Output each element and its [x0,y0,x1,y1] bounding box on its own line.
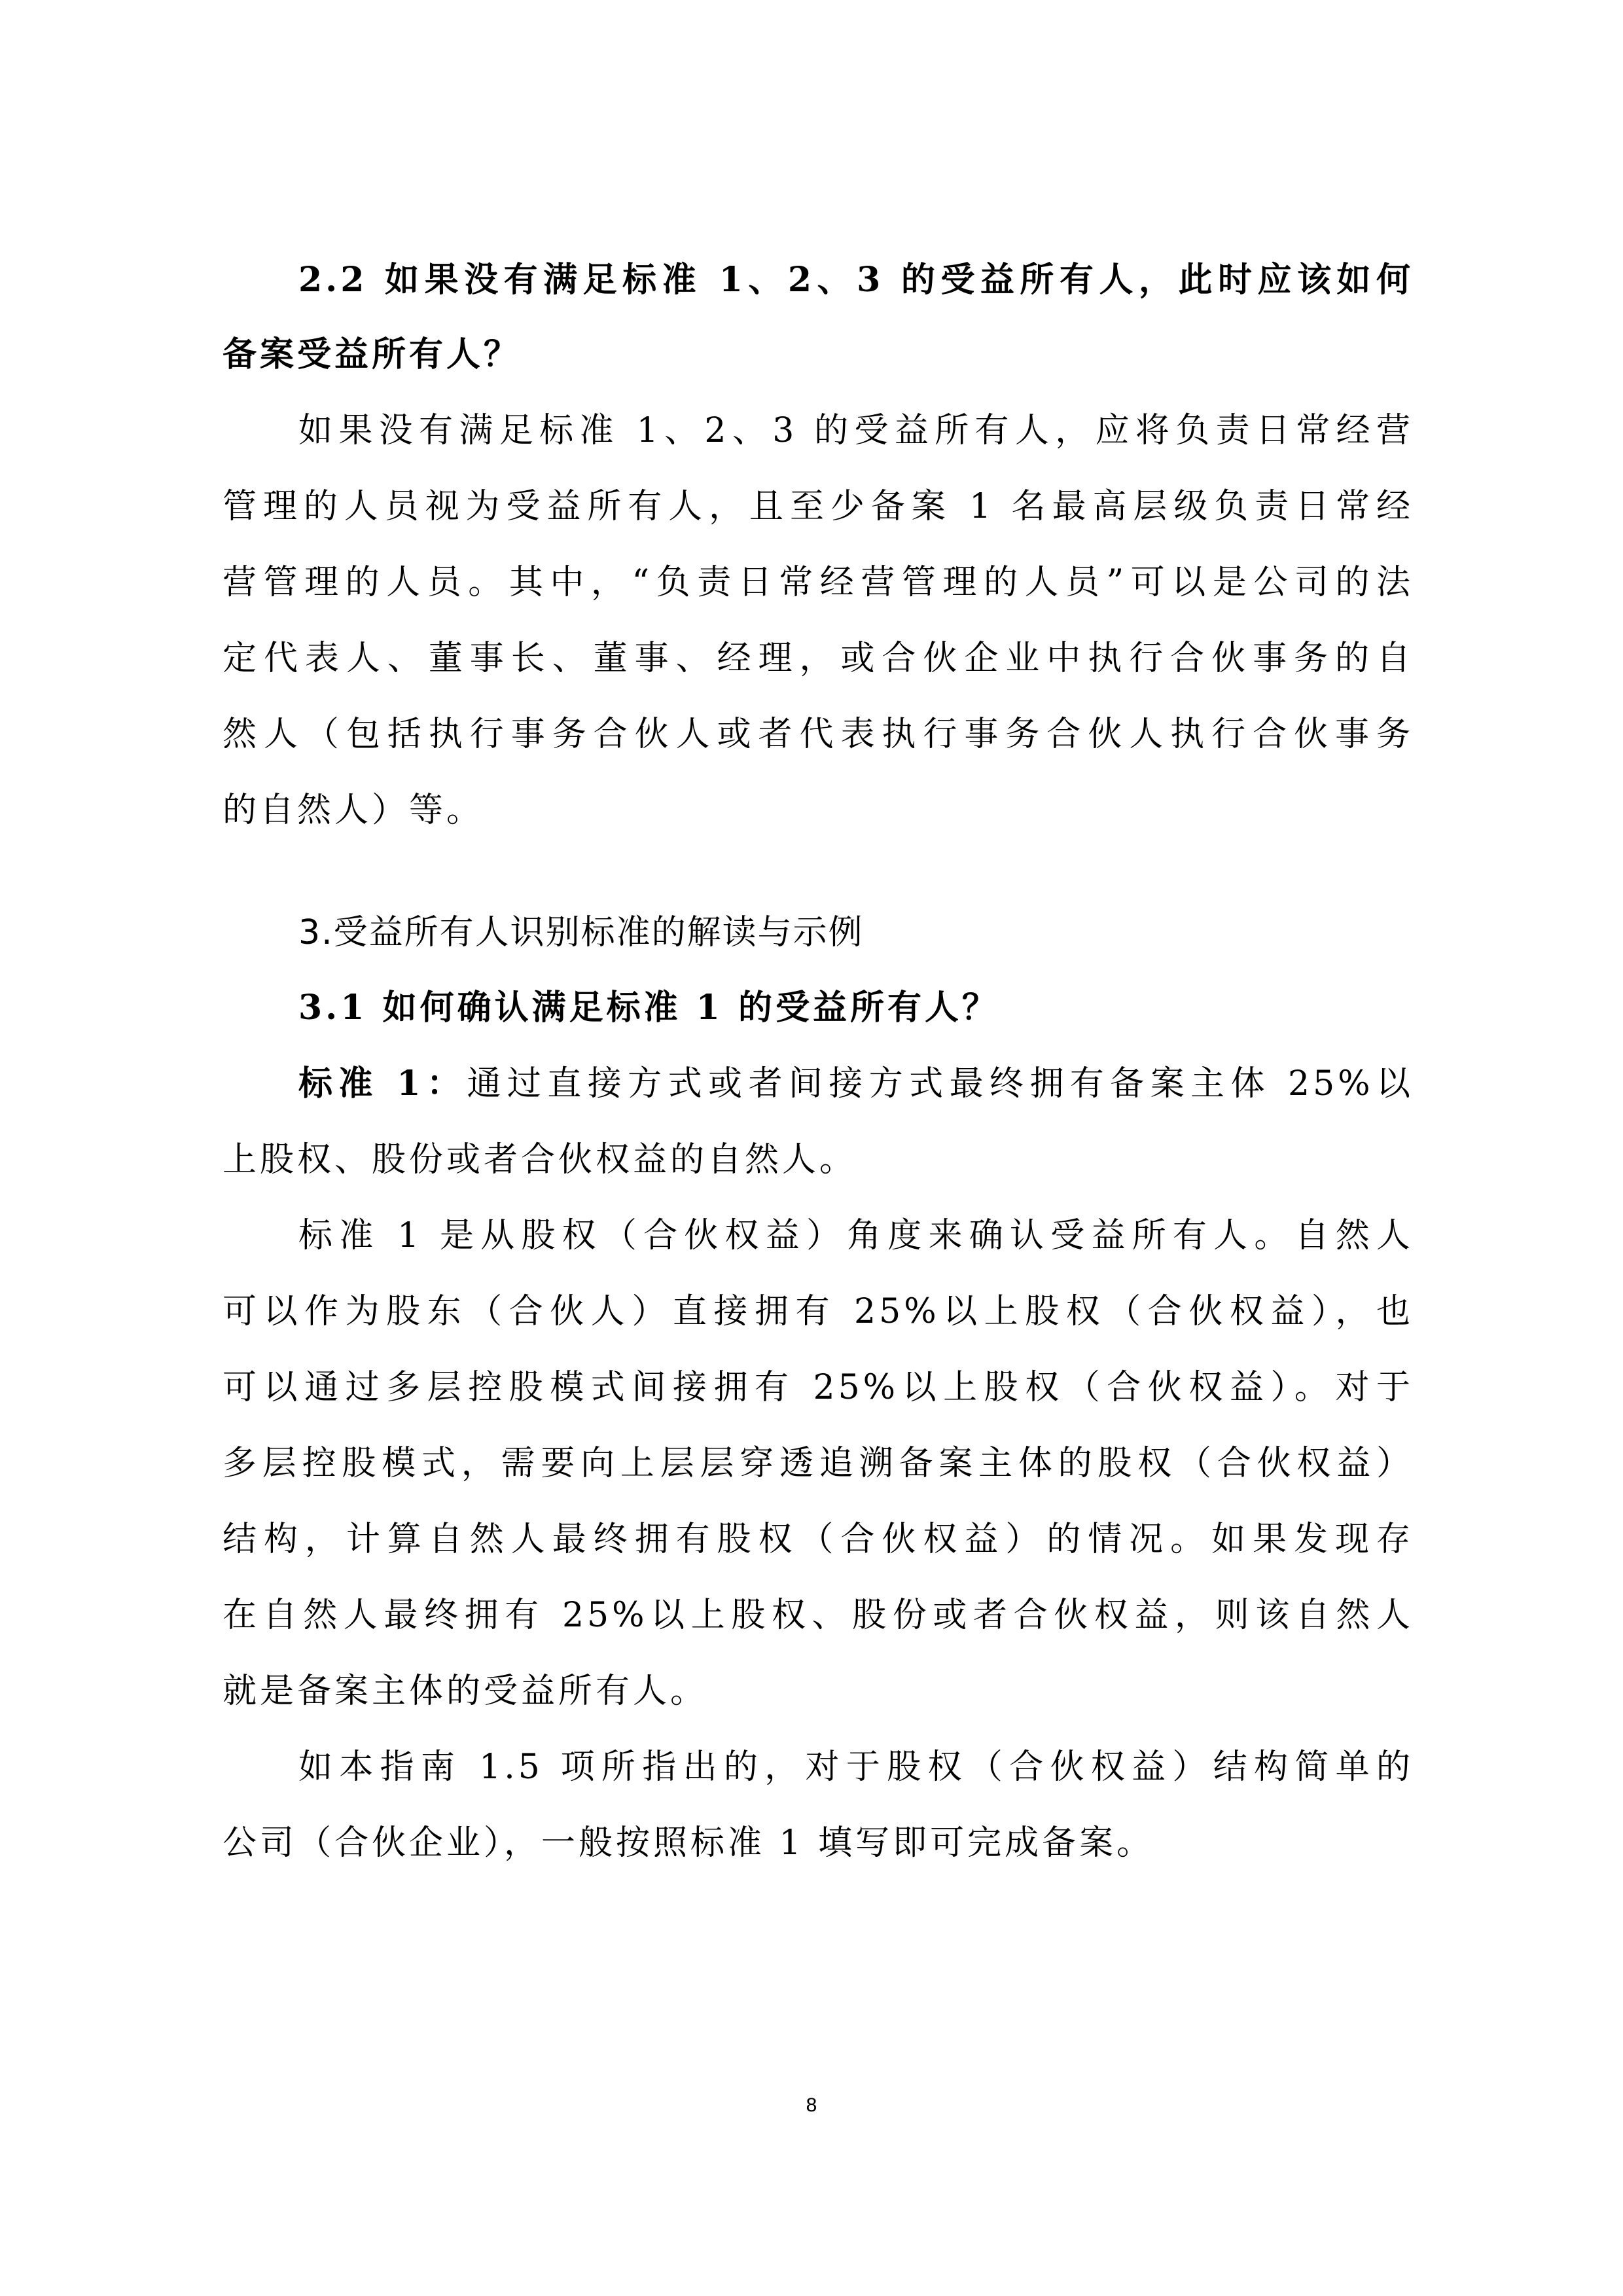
standard-1-definition-line-2: 上股权、股份或者合伙权益的自然人。 [223,1140,1414,1179]
paragraph-2-line-1: 如本指南 1.5 项所指出的，对于股权（合伙权益）结构简单的 [298,1748,1414,1787]
section-2-2-paragraph-line-2: 管理的人员视为受益所有人，且至少备案 1 名最高层级负责日常经 [223,487,1414,526]
paragraph-1-line-7: 就是备案主体的受益所有人。 [223,1672,1414,1711]
paragraph-1-line-3: 可以通过多层控股模式间接拥有 25%以上股权（合伙权益）。对于 [223,1368,1414,1407]
section-2-2-heading-line-2: 备案受益所有人？ [223,335,1414,374]
page-number: 8 [0,2094,1623,2117]
paragraph-1-line-5: 结构，计算自然人最终拥有股权（合伙权益）的情况。如果发现存 [223,1520,1414,1559]
document-page: 2.2 如果没有满足标准 1、2、3 的受益所有人，此时应该如何 备案受益所有人… [0,0,1623,2296]
paragraph-1-line-2: 可以作为股东（合伙人）直接拥有 25%以上股权（合伙权益），也 [223,1292,1414,1331]
standard-1-definition-line-1: 标准 1：通过直接方式或者间接方式最终拥有备案主体 25%以 [298,1064,1414,1103]
section-2-2-paragraph-line-5: 然人（包括执行事务合伙人或者代表执行事务合伙人执行合伙事务 [223,715,1414,754]
paragraph-1-line-4: 多层控股模式，需要向上层层穿透追溯备案主体的股权（合伙权益） [223,1444,1414,1483]
paragraph-1-line-6: 在自然人最终拥有 25%以上股权、股份或者合伙权益，则该自然人 [223,1596,1414,1635]
section-2-2-paragraph-line-4: 定代表人、董事长、董事、经理，或合伙企业中执行合伙事务的自 [223,639,1414,678]
paragraph-1-line-1: 标准 1 是从股权（合伙权益）角度来确认受益所有人。自然人 [298,1216,1414,1255]
standard-1-text: 通过直接方式或者间接方式最终拥有备案主体 25%以 [467,1064,1414,1103]
section-3-1-heading: 3.1 如何确认满足标准 1 的受益所有人？ [298,988,1414,1028]
paragraph-2-line-2: 公司（合伙企业），一般按照标准 1 填写即可完成备案。 [223,1823,1414,1863]
section-3-heading: 3.受益所有人识别标准的解读与示例 [298,913,1414,952]
section-2-2-paragraph-line-6: 的自然人）等。 [223,791,1414,830]
section-2-2-paragraph-line-1: 如果没有满足标准 1、2、3 的受益所有人，应将负责日常经营 [298,411,1414,450]
section-2-2-heading-line-1: 2.2 如果没有满足标准 1、2、3 的受益所有人，此时应该如何 [298,260,1414,300]
standard-1-label: 标准 1： [298,1064,467,1103]
section-2-2-paragraph-line-3: 营管理的人员。其中，“负责日常经营管理的人员”可以是公司的法 [223,563,1414,602]
